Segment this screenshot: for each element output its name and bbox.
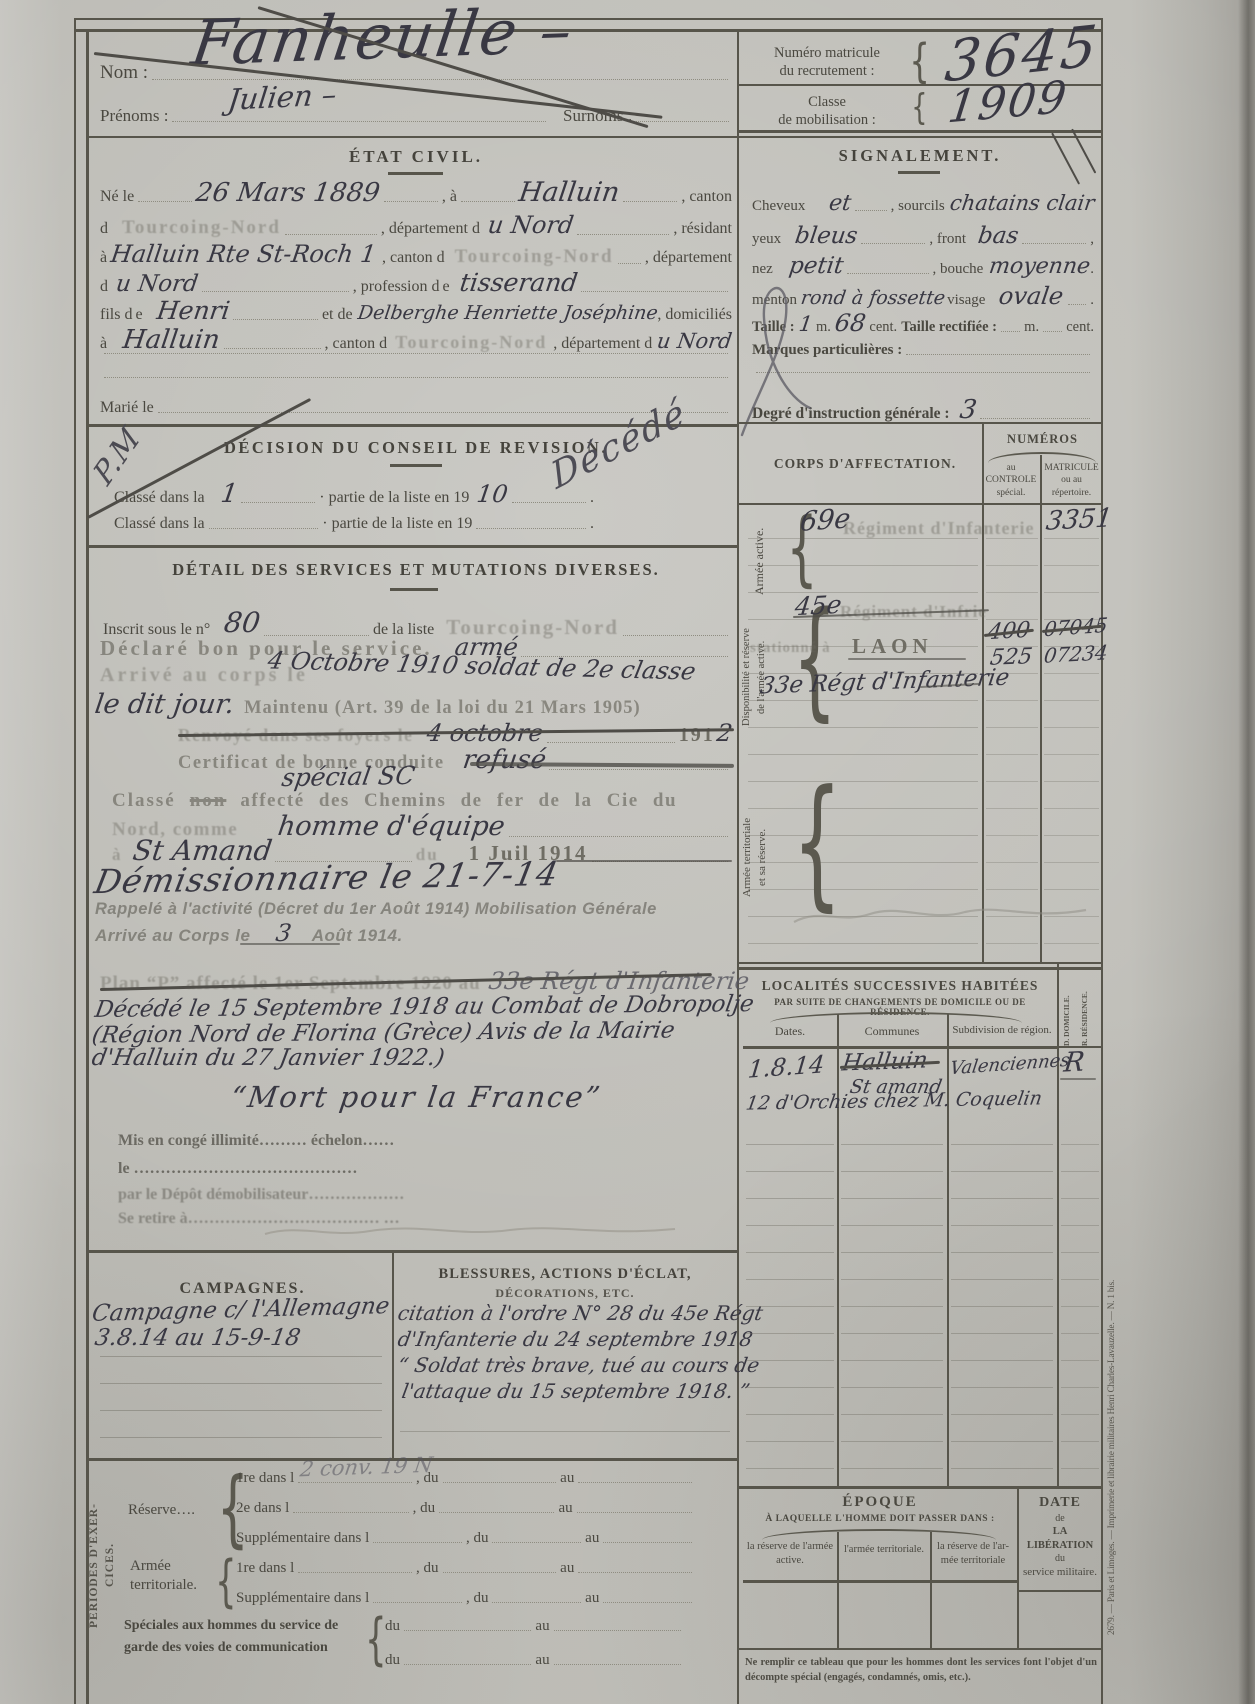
dotted-rule bbox=[623, 201, 677, 202]
partie-liste-value: 1 bbox=[219, 482, 239, 507]
dotted-rule bbox=[847, 273, 928, 274]
rule-line bbox=[390, 464, 442, 467]
dotted-rule bbox=[384, 201, 438, 202]
dotted-rule bbox=[104, 353, 728, 354]
rule-line bbox=[737, 422, 1103, 424]
dotted-rule bbox=[233, 319, 318, 320]
classe-value: 1909 bbox=[946, 76, 1071, 129]
scanned-military-record: Nom : Fanheulle – Prénoms : Julien – Sur… bbox=[0, 0, 1255, 1704]
cheveux-label: Cheveux bbox=[752, 198, 805, 215]
renvoye-annee-value: 2 bbox=[715, 722, 733, 745]
dotted-rule bbox=[855, 210, 886, 211]
dotted-rule bbox=[443, 1482, 557, 1483]
residant-label: , résidant bbox=[673, 220, 732, 238]
dotted-rule bbox=[172, 121, 546, 122]
profession-label: , profession d bbox=[353, 278, 440, 296]
du-label: , du bbox=[413, 1500, 436, 1517]
du-label: , du bbox=[466, 1530, 489, 1547]
rule-line bbox=[1017, 1590, 1103, 1592]
au-label: au bbox=[585, 1530, 599, 1547]
dotted-rule bbox=[603, 1602, 692, 1603]
speciales-row1: du au bbox=[385, 1618, 685, 1635]
dotted-rule bbox=[512, 502, 586, 503]
regiment1-matricule: 3351 bbox=[1045, 506, 1114, 534]
canton-stamp: Tourcoing-Nord bbox=[122, 217, 281, 239]
territoriale-reserve-label-line2: et sa réserve. bbox=[756, 780, 768, 935]
front-label: , front bbox=[929, 231, 966, 248]
bouche-label: , bouche bbox=[933, 261, 984, 278]
ruled-lines bbox=[746, 1118, 834, 1482]
dotted-rule bbox=[443, 1572, 557, 1573]
supplementaire-label: Supplémentaire dans l bbox=[236, 1530, 369, 1547]
dotted-rule bbox=[577, 234, 669, 235]
dotted-rule bbox=[492, 1542, 581, 1543]
profession-value: tisserand bbox=[458, 271, 579, 295]
dotted-rule bbox=[209, 528, 319, 529]
front-value: bas bbox=[977, 226, 1020, 248]
d-label: d bbox=[100, 278, 108, 296]
m-label: m. bbox=[1024, 319, 1039, 336]
rule-line bbox=[74, 18, 76, 1704]
classe-label-line1: Classe bbox=[748, 93, 906, 111]
brace-glyph: { bbox=[365, 1612, 386, 1668]
canton-stamp: Tourcoing-Nord bbox=[455, 246, 614, 268]
matricule-header-line3: répertoire. bbox=[1042, 487, 1101, 499]
dotted-rule bbox=[547, 742, 674, 743]
blessures-title1: BLESSURES, ACTIONS D'ÉCLAT, bbox=[400, 1266, 730, 1283]
rule-line bbox=[737, 130, 1103, 133]
rule-line bbox=[837, 1532, 839, 1648]
epoque-note: Ne remplir ce tableau que pour les homme… bbox=[745, 1655, 1097, 1685]
armee-active-label: Armée active. bbox=[752, 512, 767, 610]
dotted-rule bbox=[492, 1602, 581, 1603]
prenoms-value: Julien – bbox=[226, 81, 338, 114]
stationne-label: stationné à bbox=[750, 640, 831, 657]
localites-col-dates: Dates. bbox=[743, 1024, 837, 1039]
nez-value: petit bbox=[787, 256, 844, 278]
dotted-rule bbox=[138, 201, 192, 202]
localites-col-subdivision: Subdivision de région. bbox=[947, 1024, 1057, 1036]
rule-line bbox=[947, 1014, 949, 1486]
maintenu-stamp: Maintenu (Art. 39 de la loi du 21 Mars 1… bbox=[244, 698, 641, 719]
etat-civil-line1: Né le 26 Mars 1889 , à Halluin , canton bbox=[100, 180, 732, 206]
dotted-rule bbox=[404, 1664, 531, 1665]
le-label: le …………………………………… bbox=[118, 1160, 358, 1178]
dotted-rule bbox=[581, 291, 728, 292]
rule-line bbox=[743, 1580, 1017, 1583]
visage-label: visage bbox=[947, 292, 985, 309]
comma-label: , bbox=[1090, 231, 1094, 248]
reserve-row2: 2e dans l , du au bbox=[236, 1500, 696, 1517]
rule-line bbox=[737, 967, 1103, 970]
ruled-lines bbox=[1044, 512, 1099, 952]
laon-stamp: LAON bbox=[852, 634, 933, 659]
dotted-rule bbox=[476, 528, 586, 529]
matricule-new-value: 07234 bbox=[1043, 643, 1109, 665]
conseil-ligne1: Classé dans la 1 · partie de la liste en… bbox=[114, 482, 594, 507]
classe-label: Classe de mobilisation : bbox=[748, 93, 906, 129]
epoque-col3-header: la réserve de l'ar- mée territoriale bbox=[932, 1540, 1014, 1568]
territoriale-row1: 1re dans l , du au bbox=[236, 1560, 696, 1577]
dotted-rule bbox=[298, 1482, 412, 1483]
canton-label: , canton d bbox=[382, 249, 445, 267]
nom-value: Fanheulle – bbox=[188, 1, 577, 74]
cheveux-value: et bbox=[828, 194, 853, 215]
etat-civil-line5: fils d e Henri et de Delberghe Henriette… bbox=[100, 299, 732, 324]
dotted-rule bbox=[618, 263, 641, 264]
page-edge-shadow bbox=[1238, 0, 1255, 1704]
date-header-line5: service militaire. bbox=[1019, 1565, 1101, 1579]
domicile-vertical-label: D. DOMICILE. bbox=[1062, 966, 1071, 1046]
rule-line bbox=[737, 962, 1103, 964]
localites-title: LOCALITÉS SUCCESSIVES HABITÉES bbox=[743, 978, 1057, 994]
non-stamp-struck: non bbox=[190, 790, 227, 812]
dotted-rule bbox=[554, 1630, 681, 1631]
epoque-col1-header: la réserve de l'armée active. bbox=[746, 1540, 834, 1568]
au-label: au bbox=[535, 1618, 549, 1635]
dotted-rule bbox=[578, 1482, 692, 1483]
imprimeur-label: 2679. — Paris et Limoges. — Imprimerie e… bbox=[1106, 775, 1116, 1635]
periodes-marge-label2: CICES. bbox=[104, 1505, 116, 1625]
brace-glyph: { bbox=[909, 38, 929, 84]
dotted-rule bbox=[461, 201, 515, 202]
pen-stroke bbox=[848, 658, 966, 660]
blank-dotted-row bbox=[100, 357, 732, 358]
ledit-jour-value: le dit jour. bbox=[93, 692, 236, 718]
pen-stroke bbox=[240, 943, 340, 945]
rule-line bbox=[837, 1014, 839, 1486]
fils-de-label: fils d bbox=[100, 306, 132, 324]
brace-glyph: { bbox=[215, 1554, 236, 1610]
etat-civil-line2: d Tourcoing-Nord , département d u Nord … bbox=[100, 214, 732, 239]
etat-civil-title: ÉTAT CIVIL. bbox=[100, 147, 732, 167]
dotted-rule bbox=[224, 348, 321, 349]
rappele-stamp: Rappelé à l'activité (Décret du 1er Août… bbox=[95, 900, 657, 919]
blank-dotted-row bbox=[100, 381, 732, 382]
signalement-cheveux-row: Cheveux et , sourcils chatains clair bbox=[752, 194, 1094, 215]
inscrit-numero-value: 80 bbox=[223, 610, 262, 637]
rule-line bbox=[1057, 962, 1059, 1486]
conge-row: Mis en congé illimité……… échelon…… bbox=[118, 1132, 538, 1150]
dans-la-label: 1re dans l bbox=[236, 1560, 294, 1577]
au-label: au bbox=[560, 1470, 574, 1487]
matricule-header-line2: ou au bbox=[1042, 474, 1101, 486]
demission-value: Démissionnaire le 21-7-14 bbox=[92, 858, 562, 898]
territoriale-reserve-label-line1: Armée territoriale bbox=[741, 772, 753, 942]
classe-stamp: Classé bbox=[112, 790, 176, 812]
pen-stroke bbox=[1060, 1078, 1096, 1080]
date-header-line2: de bbox=[1019, 1512, 1101, 1525]
ruled-lines bbox=[400, 1406, 730, 1456]
birth-place-value: Halluin bbox=[517, 180, 621, 206]
canton-stamp: Tourcoing-Nord bbox=[395, 332, 547, 353]
rule-line bbox=[86, 545, 737, 548]
taille-cm-value: 68 bbox=[833, 312, 867, 335]
fils-de-label-e: e bbox=[135, 306, 142, 324]
dotted-rule bbox=[293, 1512, 408, 1513]
matricule-label: Numéro matricule du recrutement : bbox=[748, 44, 906, 80]
d-label: d bbox=[100, 220, 108, 238]
refuse-value: refusé bbox=[461, 748, 547, 773]
ink-scrawl bbox=[728, 280, 823, 440]
rule-line bbox=[392, 1250, 394, 1458]
sourcils-value: chatains clair bbox=[948, 194, 1095, 214]
ruled-lines bbox=[100, 1330, 382, 1452]
controle-header-line1: au bbox=[984, 462, 1038, 474]
dotted-rule bbox=[980, 418, 1090, 419]
matricule-label-line1: Numéro matricule bbox=[748, 44, 906, 62]
blessures-ligne2: d'Infanterie du 24 septembre 1918 bbox=[396, 1330, 754, 1349]
rule-line bbox=[737, 1486, 1103, 1489]
dotted-rule bbox=[549, 769, 728, 770]
services-title: DÉTAIL DES SERVICES ET MUTATIONS DIVERSE… bbox=[100, 560, 732, 580]
rule-line bbox=[1101, 18, 1103, 1704]
etat-civil-line6: à Halluin , canton d Tourcoing-Nord , dé… bbox=[100, 328, 732, 353]
arrive-corps2-jour: 3 bbox=[275, 922, 293, 945]
conseil-ligne2: Classé dans la · partie de la liste en 1… bbox=[114, 515, 594, 533]
date-liberation-header: DATE de LA LIBÉRATION du service militai… bbox=[1019, 1494, 1101, 1580]
dotted-rule bbox=[509, 836, 728, 837]
special-sc-value: spécial SC bbox=[280, 764, 416, 790]
dotted-rule bbox=[285, 234, 377, 235]
rule-line bbox=[737, 1648, 1103, 1650]
matricule-repertoire-header: MATRICULE ou au répertoire. bbox=[1042, 462, 1101, 499]
ruled-lines bbox=[748, 512, 978, 952]
departement-value: u Nord bbox=[656, 332, 734, 352]
epoque-col2-header: l'armée territoriale. bbox=[841, 1543, 927, 1557]
rule-line bbox=[1040, 455, 1042, 962]
speciales-label1: Spéciales aux hommes du service de bbox=[124, 1618, 338, 1634]
conge-illimite-label: Mis en congé illimité……… échelon…… bbox=[118, 1132, 394, 1150]
epoque-title: ÉPOQUE bbox=[743, 1494, 1017, 1511]
blessures-ligne3: “ Soldat très brave, tué au cours de bbox=[396, 1356, 761, 1375]
partie-liste-label: · partie de la liste en 19 bbox=[319, 489, 469, 507]
disponibilite-label-line1: Disponibilité et réserve bbox=[741, 595, 752, 760]
domicilies-label: , domiciliés bbox=[657, 306, 732, 324]
dotted-rule bbox=[1068, 304, 1087, 305]
partie-liste-label: · partie de la liste en 19 bbox=[322, 515, 472, 533]
matricule-header-line1: MATRICULE bbox=[1042, 462, 1101, 474]
rule-line bbox=[86, 136, 1103, 138]
annee-liste-value: 10 bbox=[476, 483, 510, 506]
localites-row1-subdivision: Valenciennes bbox=[949, 1052, 1071, 1078]
dotted-rule bbox=[404, 1630, 531, 1631]
epoque-subtitle: À LAQUELLE L'HOMME DOIT PASSER DANS : bbox=[743, 1514, 1017, 1524]
rule-line bbox=[930, 1532, 932, 1648]
pm-annotation: P.M bbox=[90, 422, 146, 491]
a-label: à bbox=[100, 249, 107, 267]
etat-civil-line3: à Halluin Rte St-Roch 1 , canton d Tourc… bbox=[100, 243, 732, 268]
classe-label-line2: de mobilisation : bbox=[748, 111, 906, 129]
dotted-rule bbox=[298, 1572, 412, 1573]
dotted-rule bbox=[104, 377, 728, 378]
marie-le-label: Marié le bbox=[100, 399, 154, 417]
ledit-jour-row: le dit jour. Maintenu (Art. 39 de la loi… bbox=[95, 692, 732, 719]
dotted-rule bbox=[152, 79, 728, 80]
depot-demobilisateur-label: par le Dépôt démobilisateur……………… bbox=[118, 1186, 404, 1204]
speciales-label2: garde des voies de communication bbox=[124, 1640, 328, 1656]
classe-dans-la-label: Classé dans la bbox=[114, 515, 205, 533]
territoriale-label1: Armée bbox=[130, 1558, 171, 1575]
canton-label: , canton d bbox=[325, 335, 388, 353]
cent-label: cent. bbox=[869, 319, 897, 336]
localites-row1-dr: R bbox=[1062, 1049, 1085, 1076]
au-label: au bbox=[535, 1652, 549, 1669]
date-header-line1: DATE bbox=[1019, 1494, 1101, 1512]
departement-label: , département d bbox=[553, 335, 652, 353]
localites-col-communes: Communes bbox=[837, 1024, 947, 1039]
dotted-rule bbox=[1001, 331, 1020, 332]
controle-header-line3: spécial. bbox=[984, 487, 1038, 499]
du-label: du bbox=[385, 1618, 400, 1635]
dotted-rule bbox=[1043, 331, 1062, 332]
blessures-title2: DÉCORATIONS, ETC. bbox=[400, 1286, 730, 1301]
rule-line bbox=[86, 1250, 737, 1253]
classe-chemins-row: Classé non affecté des Chemins de fer de… bbox=[112, 790, 732, 812]
date-header-line3: LA LIBÉRATION bbox=[1019, 1525, 1101, 1552]
nez-label: nez bbox=[752, 261, 773, 278]
degre-instruction-value: 3 bbox=[958, 398, 978, 423]
signalement-title: SIGNALEMENT. bbox=[737, 146, 1103, 166]
bouche-value: moyenne bbox=[988, 257, 1092, 278]
sourcils-label: , sourcils bbox=[891, 198, 945, 215]
rule-line bbox=[388, 172, 443, 175]
taille-rectifiee-label: Taille rectifiée : bbox=[901, 319, 997, 336]
residence-vertical-label: R. RÉSIDENCE. bbox=[1080, 966, 1089, 1046]
dans-la-label: 2e dans l bbox=[236, 1500, 289, 1517]
pere-value: Henri bbox=[155, 299, 231, 323]
periodes-marge-label1: PÉRIODES D'EXER- bbox=[88, 1466, 100, 1666]
ruled-lines bbox=[986, 512, 1038, 952]
reserve-row3: Supplémentaire dans l , du au bbox=[236, 1530, 696, 1547]
domicile-value: Halluin bbox=[121, 328, 221, 353]
brace-glyph: { bbox=[911, 90, 927, 126]
au-label: au bbox=[585, 1590, 599, 1607]
pen-stroke bbox=[556, 860, 732, 862]
regiment1-stamp: Régiment d'Infanterie bbox=[843, 518, 1034, 539]
du-label: , du bbox=[466, 1590, 489, 1607]
dotted-rule bbox=[241, 502, 315, 503]
dotted-rule bbox=[373, 1602, 462, 1603]
ruled-lines bbox=[841, 1118, 943, 1482]
yeux-label: yeux bbox=[752, 231, 781, 248]
ne-le-label: Né le bbox=[100, 188, 134, 206]
dotted-rule bbox=[578, 1572, 692, 1573]
period-label: . bbox=[590, 489, 594, 507]
territoriale-row2: Supplémentaire dans l , du au bbox=[236, 1590, 696, 1607]
dotted-rule bbox=[636, 121, 729, 122]
ink-scrawl bbox=[260, 1222, 680, 1242]
rule-line bbox=[390, 588, 438, 591]
brace-curve bbox=[762, 1529, 996, 1540]
mort-pour-la-france: “Mort pour la France” bbox=[100, 1084, 732, 1112]
reserve-label: Réserve…. bbox=[128, 1502, 195, 1519]
dotted-rule bbox=[1022, 243, 1086, 244]
period-label: . bbox=[590, 515, 594, 533]
birth-date-value: 26 Mars 1889 bbox=[194, 181, 381, 206]
signalement-yeux-row: yeux bleus , front bas , bbox=[752, 226, 1094, 248]
profession-label-e: e bbox=[442, 278, 449, 296]
canton-label: , canton bbox=[681, 188, 732, 206]
depot-row: par le Dépôt démobilisateur……………… bbox=[118, 1186, 538, 1204]
numeros-header: NUMÉROS bbox=[982, 432, 1103, 447]
et-de-label: et de bbox=[322, 306, 353, 324]
dotted-rule bbox=[202, 291, 349, 292]
dotted-rule bbox=[577, 1512, 692, 1513]
decede-ligne2: (Région Nord de Florina (Grèce) Avis de … bbox=[90, 1020, 676, 1047]
signalement-nez-row: nez petit , bouche moyenne . bbox=[752, 256, 1094, 278]
chemins-fer-stamp: affecté des Chemins de fer de la Cie du bbox=[240, 790, 677, 812]
du-label: du bbox=[385, 1652, 400, 1669]
reserve-row1-annotation: 2 conv. 19 N bbox=[299, 1456, 434, 1481]
yeux-value: bleus bbox=[794, 226, 859, 248]
rule-line bbox=[86, 29, 89, 1704]
residence-value: Halluin Rte St-Roch 1 bbox=[110, 243, 378, 266]
departement-label: , département d bbox=[381, 220, 480, 238]
etat-civil-line4: d u Nord , profession d e tisserand bbox=[100, 271, 732, 296]
period-label: . bbox=[1090, 292, 1094, 309]
localites-row1-date: 1.8.14 bbox=[747, 1053, 826, 1081]
dotted-rule bbox=[906, 354, 1090, 355]
departement-value: u Nord bbox=[114, 274, 199, 296]
departement-label: , département bbox=[645, 249, 732, 267]
nom-label: Nom : bbox=[100, 62, 148, 84]
rule-line bbox=[898, 171, 940, 174]
visage-value: ovale bbox=[998, 285, 1065, 308]
localites-row2: 12 d'Orchies chez M. Coquelin bbox=[745, 1089, 1044, 1112]
period-label: . bbox=[1090, 261, 1094, 278]
matricule-label-line2: du recrutement : bbox=[748, 62, 906, 80]
le-row: le …………………………………… bbox=[118, 1160, 538, 1178]
ruled-lines bbox=[951, 1118, 1053, 1482]
du-label: , du bbox=[416, 1560, 439, 1577]
homme-equipe-value: homme d'équipe bbox=[276, 814, 506, 840]
departement-value: u Nord bbox=[486, 214, 575, 237]
dotted-rule bbox=[439, 1512, 554, 1513]
supplementaire-label: Supplémentaire dans l bbox=[236, 1590, 369, 1607]
au-label: au bbox=[558, 1500, 572, 1517]
arrive2-row: Arrivé au Corps le 3 Août 1914. bbox=[95, 922, 595, 946]
controle-special-header: au CONTROLE spécial. bbox=[984, 462, 1038, 499]
controle-header-line2: CONTROLE bbox=[984, 474, 1038, 486]
blessures-ligne1: citation à l'ordre N° 28 du 45e Régt bbox=[396, 1304, 764, 1323]
mort-pour-la-france-value: “Mort pour la France” bbox=[229, 1084, 603, 1112]
a-label: , à bbox=[442, 188, 457, 206]
decede-ligne3: d'Halluin du 27 Janvier 1922.) bbox=[90, 1048, 446, 1070]
campagne-ligne1: Campagne c/ l'Allemagne bbox=[90, 1296, 390, 1326]
brace-glyph: { bbox=[792, 772, 842, 914]
dotted-rule bbox=[554, 1664, 681, 1665]
cent-label: cent. bbox=[1066, 319, 1094, 336]
certificat-row: Certificat de bonne conduite refusé bbox=[178, 748, 732, 774]
blessures-ligne4: l'attaque du 15 septembre 1918. ” bbox=[400, 1382, 751, 1401]
prenoms-label: Prénoms : bbox=[100, 106, 168, 126]
corps-affectation-header: CORPS D'AFFECTATION. bbox=[755, 456, 975, 472]
au-label: au bbox=[560, 1560, 574, 1577]
dotted-rule bbox=[861, 243, 925, 244]
mere-value: Delberghe Henriette Joséphine bbox=[356, 304, 658, 322]
dotted-rule bbox=[373, 1542, 462, 1543]
dans-la-label: 1re dans l bbox=[236, 1470, 294, 1487]
speciales-row2: du au bbox=[385, 1652, 685, 1669]
ink-scrawl bbox=[790, 902, 1090, 930]
ruled-lines bbox=[1061, 1118, 1099, 1482]
dotted-rule bbox=[603, 1542, 692, 1543]
a-label: à bbox=[100, 335, 107, 353]
territoriale-label2: territoriale. bbox=[130, 1577, 197, 1594]
arrive-corps2-stamp: Arrivé au Corps le bbox=[95, 926, 250, 946]
date-header-line4: du bbox=[1019, 1552, 1101, 1565]
